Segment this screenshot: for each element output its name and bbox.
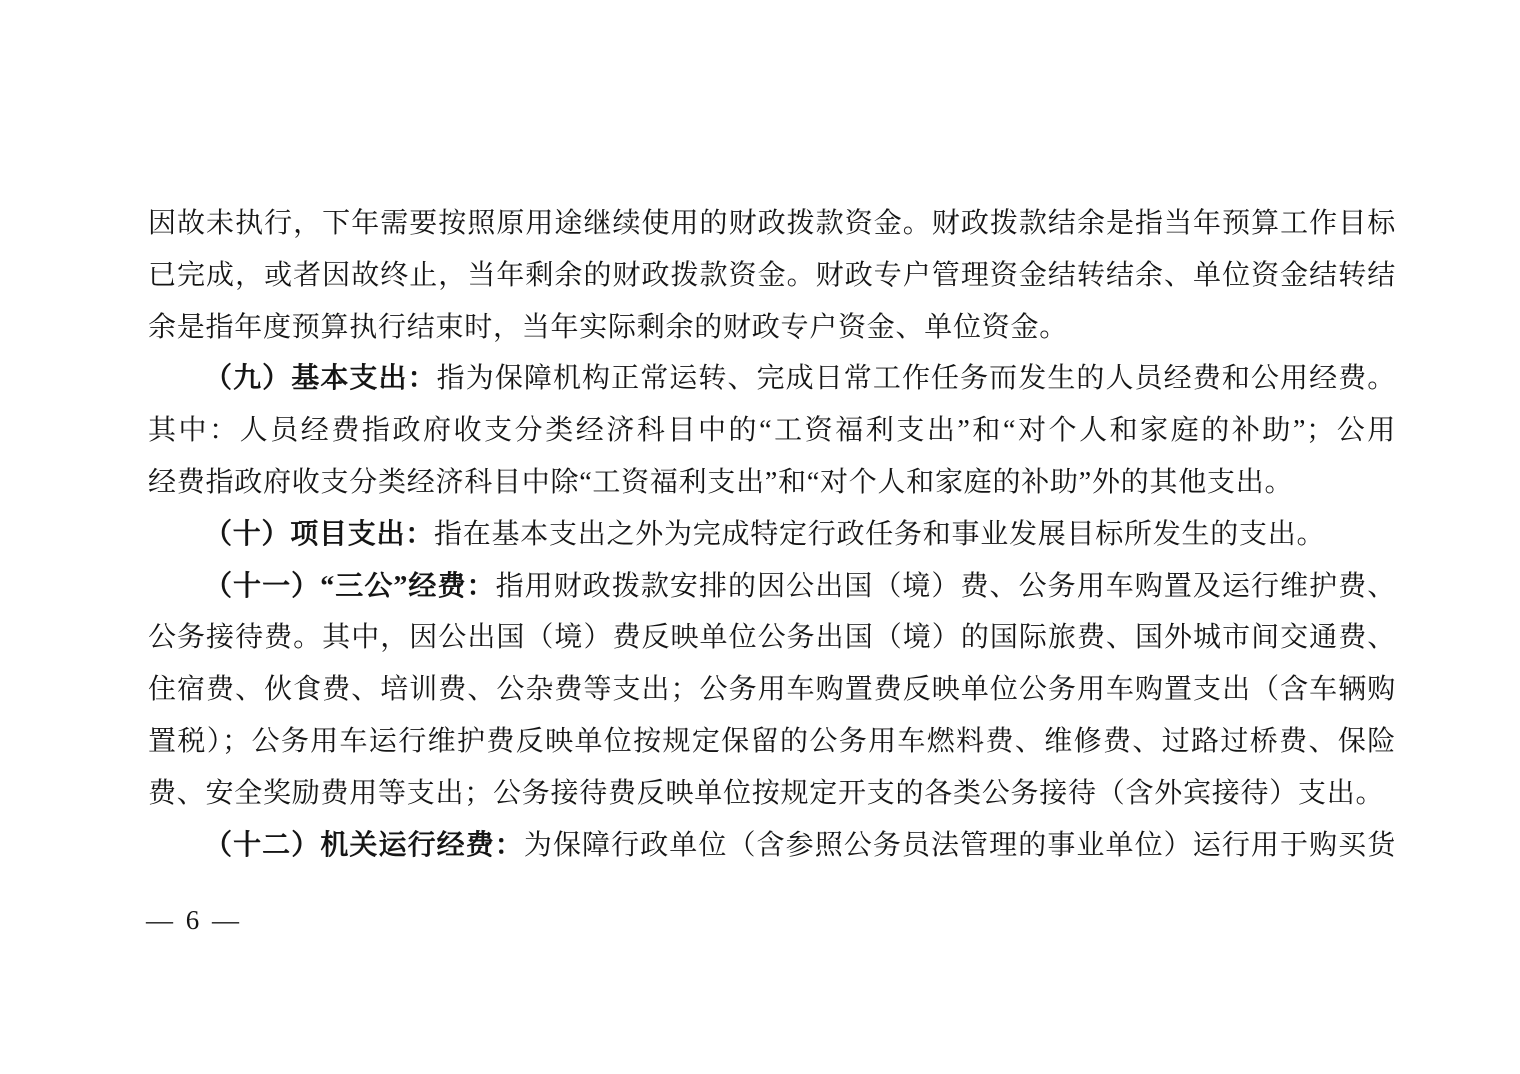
text-line: 置税）；公务用车运行维护费反映单位按规定保留的公务用车燃料费、维修费、过路过桥费… [148, 716, 1396, 768]
body-text: 置税）；公务用车运行维护费反映单位按规定保留的公务用车燃料费、维修费、过路过桥费… [148, 726, 1396, 757]
text-line: （十）项目支出：指在基本支出之外为完成特定行政任务和事业发展目标所发生的支出。 [148, 509, 1396, 561]
text-line: 公务接待费。其中，因公出国（境）费反映单位公务出国（境）的国际旅费、国外城市间交… [148, 612, 1396, 664]
term-label: （十二）机关运行经费： [204, 830, 524, 861]
body-text: 指为保障机构正常运转、完成日常工作任务而发生的人员经费和公用经费。 [437, 363, 1396, 394]
body-text: 其中：人员经费指政府收支分类经济科目中的“工资福利支出”和“对个人和家庭的补助”… [148, 415, 1396, 446]
text-line: 其中：人员经费指政府收支分类经济科目中的“工资福利支出”和“对个人和家庭的补助”… [148, 405, 1396, 457]
text-line: 已完成，或者因故终止，当年剩余的财政拨款资金。财政专户管理资金结转结余、单位资金… [148, 250, 1396, 302]
text-content: 因故未执行，下年需要按照原用途继续使用的财政拨款资金。财政拨款结余是指当年预算工… [148, 198, 1396, 871]
body-text: 为保障行政单位（含参照公务员法管理的事业单位）运行用于购买货 [524, 830, 1396, 861]
text-line: 费、安全奖励费用等支出；公务接待费反映单位按规定开支的各类公务接待（含外宾接待）… [148, 768, 1396, 820]
body-text: 因故未执行，下年需要按照原用途继续使用的财政拨款资金。财政拨款结余是指当年预算工… [148, 208, 1396, 239]
body-text: 公务接待费。其中，因公出国（境）费反映单位公务出国（境）的国际旅费、国外城市间交… [148, 622, 1396, 653]
term-label: （九）基本支出： [204, 363, 437, 394]
body-text: 指在基本支出之外为完成特定行政任务和事业发展目标所发生的支出。 [434, 519, 1325, 550]
text-line: 经费指政府收支分类经济科目中除“工资福利支出”和“对个人和家庭的补助”外的其他支… [148, 457, 1396, 509]
text-line: 因故未执行，下年需要按照原用途继续使用的财政拨款资金。财政拨款结余是指当年预算工… [148, 198, 1396, 250]
text-line: 余是指年度预算执行结束时，当年实际剩余的财政专户资金、单位资金。 [148, 302, 1396, 354]
term-label: （十）项目支出： [204, 519, 434, 550]
body-text: 余是指年度预算执行结束时，当年实际剩余的财政专户资金、单位资金。 [148, 312, 1068, 343]
body-text: 经费指政府收支分类经济科目中除“工资福利支出”和“对个人和家庭的补助”外的其他支… [148, 467, 1293, 498]
document-page: 因故未执行，下年需要按照原用途继续使用的财政拨款资金。财政拨款结余是指当年预算工… [0, 0, 1520, 1074]
body-text: 已完成，或者因故终止，当年剩余的财政拨款资金。财政专户管理资金结转结余、单位资金… [148, 260, 1396, 291]
text-line: 住宿费、伙食费、培训费、公杂费等支出；公务用车购置费反映单位公务用车购置支出（含… [148, 664, 1396, 716]
body-text: 住宿费、伙食费、培训费、公杂费等支出；公务用车购置费反映单位公务用车购置支出（含… [148, 674, 1396, 705]
page-number: — 6 — [146, 905, 242, 936]
body-text: 指用财政拨款安排的因公出国（境）费、公务用车购置及运行维护费、 [496, 571, 1396, 602]
body-text: 费、安全奖励费用等支出；公务接待费反映单位按规定开支的各类公务接待（含外宾接待）… [148, 778, 1384, 809]
term-label: （十一）“三公”经费： [204, 571, 496, 602]
text-line: （十一）“三公”经费：指用财政拨款安排的因公出国（境）费、公务用车购置及运行维护… [148, 561, 1396, 613]
text-line: （九）基本支出：指为保障机构正常运转、完成日常工作任务而发生的人员经费和公用经费… [148, 353, 1396, 405]
text-line: （十二）机关运行经费：为保障行政单位（含参照公务员法管理的事业单位）运行用于购买… [148, 820, 1396, 872]
